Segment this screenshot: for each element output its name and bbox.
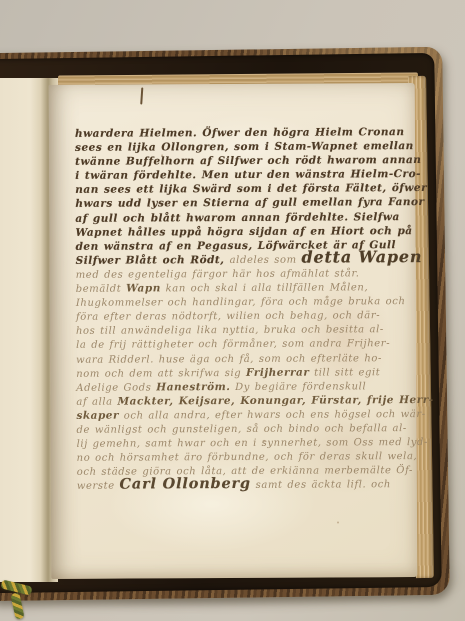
photograph-of-open-book: | hwardera Hielmen. Öfwer den högra Hiel… (0, 0, 465, 621)
manuscript-line: werste Carl Ollonberg samt des äckta lif… (77, 472, 403, 488)
manuscript-line: hwars udd lyser en Stierna af gull emell… (75, 191, 401, 207)
manuscript-line: nom och dem att skrifwa sig Frijherrar t… (76, 360, 402, 376)
manuscript-text-segment: werste (77, 481, 120, 492)
manuscript-line: Wapnet hålles uppå högra sijdan af en Hi… (75, 219, 401, 235)
foxing-speck (337, 521, 339, 523)
manuscript-line: Adelige Gods Haneström. Dy begiäre förde… (76, 374, 402, 390)
manuscript-text-segment: samt des äckta lifl. och (251, 480, 391, 492)
manuscript-line: af alla Mackter, Keijsare, Konungar, Für… (76, 388, 402, 404)
bookmark-cord (0, 580, 46, 621)
bookmark-cord-segment (10, 592, 24, 619)
manuscript-line: la de frij rättigheter och förmåner, som… (76, 332, 402, 348)
text-block: hwardera Hielmen. Öfwer den högra Hielm … (75, 120, 403, 488)
manuscript-line: af gull och blått hwarom annan fördehlte… (75, 205, 401, 221)
ink-stroke-mark: | (140, 87, 143, 104)
manuscript-line: wara Ridderl. huse äga och få, som och e… (76, 346, 402, 362)
manuscript-text-segment: Carl Ollonberg (119, 475, 250, 493)
manuscript-page: | hwardera Hielmen. Öfwer den högra Hiel… (49, 83, 418, 579)
